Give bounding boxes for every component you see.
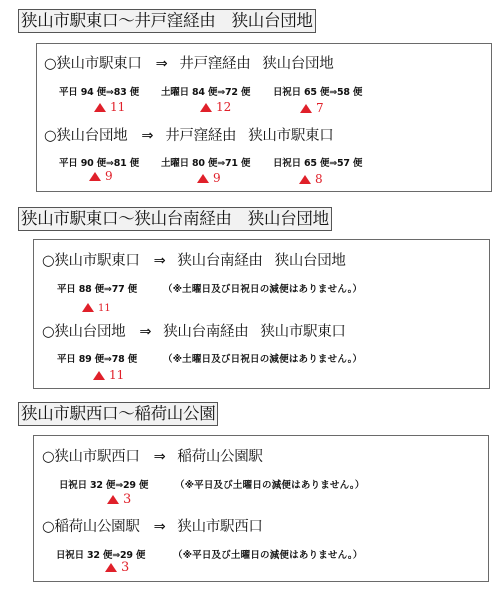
route-to: 狭山市駅東口	[260, 324, 345, 340]
stat-holiday: 日祝日 65 便⇒58 便	[273, 84, 362, 98]
arrow-icon: ⇒	[139, 324, 151, 340]
reduction-mark: 11	[94, 100, 125, 114]
arrow-icon: ⇒	[154, 519, 166, 535]
section-title-ekinishi-inariyama: 狭山市駅西口～稲荷山公園	[18, 402, 218, 426]
route-from: ○狭山市駅西口	[42, 449, 140, 465]
reduction-mark: 9	[197, 171, 221, 185]
route-heading-outbound: ○狭山市駅西口⇒稲荷山公園駅	[42, 445, 275, 466]
red-triangle-icon	[94, 103, 106, 112]
reduction-mark: 3	[107, 492, 131, 507]
reduction-mark: 3	[105, 560, 129, 575]
red-triangle-icon	[82, 303, 94, 312]
stat-weekday: 平日 90 便⇒81 便	[59, 155, 139, 169]
route-to: 狭山台団地	[262, 56, 333, 72]
stat-holiday: 日祝日 65 便⇒57 便	[273, 155, 362, 169]
section-title-ekihigashi-sayamadaiminami: 狭山市駅東口～狭山台南経由 狭山台団地	[18, 207, 332, 231]
route-heading-inbound: ○狭山台団地⇒井戸窪経由狭山市駅東口	[44, 124, 333, 145]
red-triangle-icon	[105, 563, 117, 572]
route-via: 井戸窪経由	[179, 52, 250, 73]
stat-saturday: 土曜日 80 便⇒71 便	[161, 155, 250, 169]
red-triangle-icon	[300, 104, 312, 113]
no-reduction-note: （※土曜日及び日祝日の減便はありません。）	[163, 351, 362, 365]
red-triangle-icon	[197, 174, 209, 183]
reduction-mark: 7	[300, 101, 324, 115]
no-reduction-note: （※平日及び土曜日の減便はありません。）	[173, 547, 363, 561]
route-heading-inbound: ○稲荷山公園駅⇒狭山市駅西口	[42, 515, 275, 536]
stat-weekday: 平日 89 便⇒78 便	[57, 351, 137, 365]
no-reduction-note: （※平日及び土曜日の減便はありません。）	[175, 477, 365, 491]
stat-saturday: 土曜日 84 便⇒72 便	[161, 84, 250, 98]
red-triangle-icon	[299, 175, 311, 184]
reduction-mark: 11	[93, 368, 124, 382]
route-via: 稲荷山公園駅	[177, 445, 262, 466]
route-from: ○稲荷山公園駅	[42, 519, 140, 535]
section-title-ekihigashi-idokubo: 狭山市駅東口～井戸窪経由 狭山台団地	[18, 9, 316, 33]
route-heading-inbound: ○狭山台団地⇒狭山台南経由狭山市駅東口	[42, 320, 346, 341]
stat-holiday: 日祝日 32 便⇒29 便	[59, 477, 148, 491]
red-triangle-icon	[200, 103, 212, 112]
route-via: 狭山台南経由	[177, 249, 262, 270]
route-from: ○狭山市駅東口	[42, 253, 140, 269]
stat-holiday: 日祝日 32 便⇒29 便	[56, 547, 145, 561]
no-reduction-note: （※土曜日及び日祝日の減便はありません。）	[163, 281, 362, 295]
route-to: 狭山市駅東口	[248, 128, 333, 144]
red-triangle-icon	[93, 371, 105, 380]
arrow-icon: ⇒	[154, 253, 166, 269]
arrow-icon: ⇒	[154, 449, 166, 465]
route-from: ○狭山台団地	[42, 324, 125, 340]
route-via: 狭山台南経由	[163, 320, 248, 341]
reduction-mark: 8	[299, 172, 323, 186]
stat-weekday: 平日 88 便⇒77 便	[57, 281, 137, 295]
reduction-mark: 11	[82, 303, 111, 314]
route-heading-outbound: ○狭山市駅東口⇒狭山台南経由狭山台団地	[42, 249, 346, 270]
red-triangle-icon	[89, 172, 101, 181]
arrow-icon: ⇒	[156, 56, 168, 72]
route-from: ○狭山台団地	[44, 128, 127, 144]
route-from: ○狭山市駅東口	[44, 56, 142, 72]
route-to: 狭山台団地	[275, 253, 346, 269]
route-via: 井戸窪経由	[165, 124, 236, 145]
red-triangle-icon	[107, 495, 119, 504]
reduction-mark: 12	[200, 100, 231, 114]
route-via: 狭山市駅西口	[177, 515, 262, 536]
arrow-icon: ⇒	[141, 128, 153, 144]
reduction-mark: 9	[89, 169, 113, 183]
stat-weekday: 平日 94 便⇒83 便	[59, 84, 139, 98]
route-heading-outbound: ○狭山市駅東口⇒井戸窪経由狭山台団地	[44, 52, 333, 73]
